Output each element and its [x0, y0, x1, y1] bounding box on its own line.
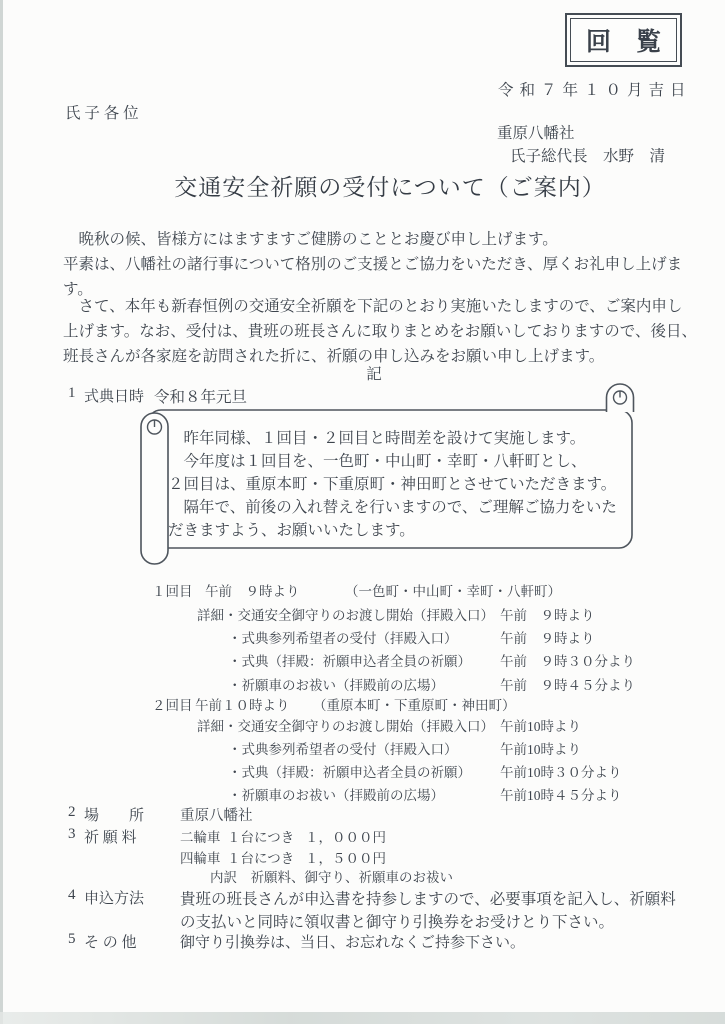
- addressee: 氏 子 各 位: [65, 101, 139, 123]
- vehicle-type: 二輪車: [180, 826, 221, 846]
- round2-name: ２回目: [152, 694, 193, 714]
- greeting-paragraph: 晩秋の候、皆様方にはますますご健勝のこととお慶び申し上げます。 平素は、八幡社の…: [63, 227, 695, 302]
- item-label: 祈 願 料: [84, 826, 137, 847]
- item-number: 3: [68, 826, 76, 843]
- scroll-note: 昨年同様、１回目・２回目と時間差を設けて実施します。 今年度は１回目を、一色町・…: [168, 427, 634, 542]
- detail-label: ・交通安全御守りのお渡し開始（拝殿入口）: [224, 719, 494, 734]
- kairan-stamp-inner-border: 回 覧: [570, 18, 677, 62]
- greeting-line: 晩秋の候、皆様方にはますますご健勝のこととお慶び申し上げます。: [63, 227, 695, 252]
- detail-time: 午前10時より: [500, 738, 581, 758]
- item-other: 5 そ の 他 御守り引換券は、当日、お忘れなくご持参下さい。: [0, 931, 725, 953]
- record-marker: 記: [63, 362, 685, 384]
- detail-time: 午前10時より: [500, 715, 581, 735]
- sender-shrine: 重原八幡社: [497, 121, 575, 143]
- item-label: 申込方法: [84, 887, 144, 908]
- item-number: 5: [68, 931, 76, 948]
- item-label: そ の 他: [84, 931, 137, 952]
- fee-unit: １台につき: [227, 847, 294, 867]
- greeting-line: 平素は、八幡社の諸行事について格別のご支援とご協力をいただき、厚くお礼申し上げま: [63, 252, 695, 277]
- scan-bottom-band: [0, 1012, 725, 1024]
- detail-label: ・祈願車のお祓い（拝殿前の広場）: [197, 678, 444, 693]
- detail-label: ・式典参列希望者の受付（拝殿入口）: [197, 742, 458, 757]
- round1-start-time: 午前 ９時より: [205, 580, 300, 600]
- issue-date: 令和７年１０月吉日: [498, 78, 692, 100]
- item-value: 重原八幡社: [180, 804, 253, 825]
- detail-time: 午前 ９時３０分より: [500, 650, 635, 670]
- fee-price: １，０００円: [305, 826, 386, 846]
- fee-breakdown-row: 内訳 祈願料、御守り、祈願車のお祓い: [0, 866, 725, 888]
- round1-detail-row: ・祈願車のお祓い（拝殿前の広場） 午前 ９時４５分より: [197, 674, 717, 694]
- detail-time: 午前 ９時より: [500, 604, 595, 624]
- detail-label: ・祈願車のお祓い（拝殿前の広場）: [197, 788, 444, 803]
- round2-header: ２回目 午前１０時より （重原本町・下重原町・神田町）: [152, 694, 712, 714]
- round1-detail-row: ・式典（拝殿：祈願申込者全員の祈願） 午前 ９時３０分より: [197, 650, 717, 670]
- item-prayer-fee: 3 祈 願 料 二輪車 １台につき １，０００円: [0, 826, 725, 848]
- announcement-paragraph: さて、本年も新春恒例の交通安全祈願を下記のとおり実施いたしますので、ご案内申し …: [63, 294, 695, 369]
- item-value: 御守り引換券は、当日、お忘れなくご持参下さい。: [180, 931, 525, 952]
- round2-detail-row: ・式典参列希望者の受付（拝殿入口） 午前10時より: [197, 738, 717, 758]
- detail-label: ・式典（拝殿：祈願申込者全員の祈願）: [197, 654, 471, 669]
- detail-label: ・交通安全御守りのお渡し開始（拝殿入口）: [224, 608, 494, 623]
- detail-time: 午前10時３０分より: [500, 761, 622, 781]
- item-label: 場 所: [84, 804, 144, 825]
- item-number: 4: [68, 887, 76, 904]
- kairan-label: 回 覧: [586, 22, 661, 58]
- item-number: 1: [68, 385, 76, 402]
- item-application-method-cont: の支払いと同時に領収書と御守り引換券をお受けとり下さい。: [0, 910, 725, 932]
- announcement-line: さて、本年も新春恒例の交通安全祈願を下記のとおり実施いたしますので、ご案内申し: [63, 294, 695, 319]
- detail-label: ・式典（拝殿：祈願申込者全員の祈願）: [197, 765, 471, 780]
- document-title: 交通安全祈願の受付について（ご案内）: [80, 169, 700, 202]
- round2-towns: （重原本町・下重原町・神田町）: [313, 694, 516, 714]
- announcement-line: 上げます。なお、受付は、貴班の班長さんに取りまとめをお願いしておりますので、後日…: [63, 319, 695, 344]
- item-number: 2: [68, 804, 76, 821]
- round2-detail-row: ・祈願車のお祓い（拝殿前の広場） 午前10時４５分より: [197, 784, 717, 804]
- sender-representative: 氏子総代長 水野 清: [510, 144, 665, 166]
- item-value-line: の支払いと同時に領収書と御守り引換券をお受けとり下さい。: [180, 910, 614, 932]
- item-value-line: 貴班の班長さんが申込書を持参しますので、必要事項を記入し、祈願料: [180, 887, 676, 909]
- fee-unit: １台につき: [227, 826, 294, 846]
- fee-price: １，５００円: [305, 847, 386, 867]
- detail-prefix: 詳細: [197, 608, 224, 623]
- kairan-stamp: 回 覧: [565, 13, 682, 67]
- scroll-note-line: 隔年で、前後の入れ替えを行いますので、ご理解ご協力をいた: [168, 496, 634, 519]
- scroll-note-line: ２回目は、重原本町・下重原町・神田町とさせていただきます。: [168, 473, 634, 496]
- detail-time: 午前10時４５分より: [500, 784, 622, 804]
- round2-detail-row: 詳細・交通安全御守りのお渡し開始（拝殿入口） 午前10時より: [197, 715, 717, 735]
- detail-prefix: 詳細: [197, 719, 224, 734]
- round2-detail-row: ・式典（拝殿：祈願申込者全員の祈願） 午前10時３０分より: [197, 761, 717, 781]
- vehicle-type: 四輪車: [180, 847, 221, 867]
- item-application-method: 4 申込方法 貴班の班長さんが申込書を持参しますので、必要事項を記入し、祈願料: [0, 887, 725, 909]
- round1-detail-row: ・式典参列希望者の受付（拝殿入口） 午前 ９時より: [197, 627, 717, 647]
- scroll-note-line: 昨年同様、１回目・２回目と時間差を設けて実施します。: [168, 427, 634, 450]
- round1-towns: （一色町・中山町・幸町・八軒町）: [345, 580, 561, 600]
- round2-start-time: 午前１０時より: [195, 694, 290, 714]
- detail-time: 午前 ９時より: [500, 627, 595, 647]
- round1-header: １回目 午前 ９時より （一色町・中山町・幸町・八軒町）: [152, 580, 712, 600]
- document-page: 回 覧 令和７年１０月吉日 氏 子 各 位 重原八幡社 氏子総代長 水野 清 交…: [0, 0, 725, 1024]
- detail-time: 午前 ９時４５分より: [500, 674, 635, 694]
- round1-name: １回目: [152, 580, 193, 600]
- detail-label: ・式典参列希望者の受付（拝殿入口）: [197, 631, 458, 646]
- scroll-note-line: 今年度は１回目を、一色町・中山町・幸町・八軒町とし、: [168, 450, 634, 473]
- scroll-note-line: だきますよう、お願いいたします。: [168, 519, 634, 542]
- round1-detail-row: 詳細・交通安全御守りのお渡し開始（拝殿入口） 午前 ９時より: [197, 604, 717, 624]
- item-place: 2 場 所 重原八幡社: [0, 804, 725, 826]
- fee-breakdown: 内訳 祈願料、御守り、祈願車のお祓い: [210, 866, 453, 886]
